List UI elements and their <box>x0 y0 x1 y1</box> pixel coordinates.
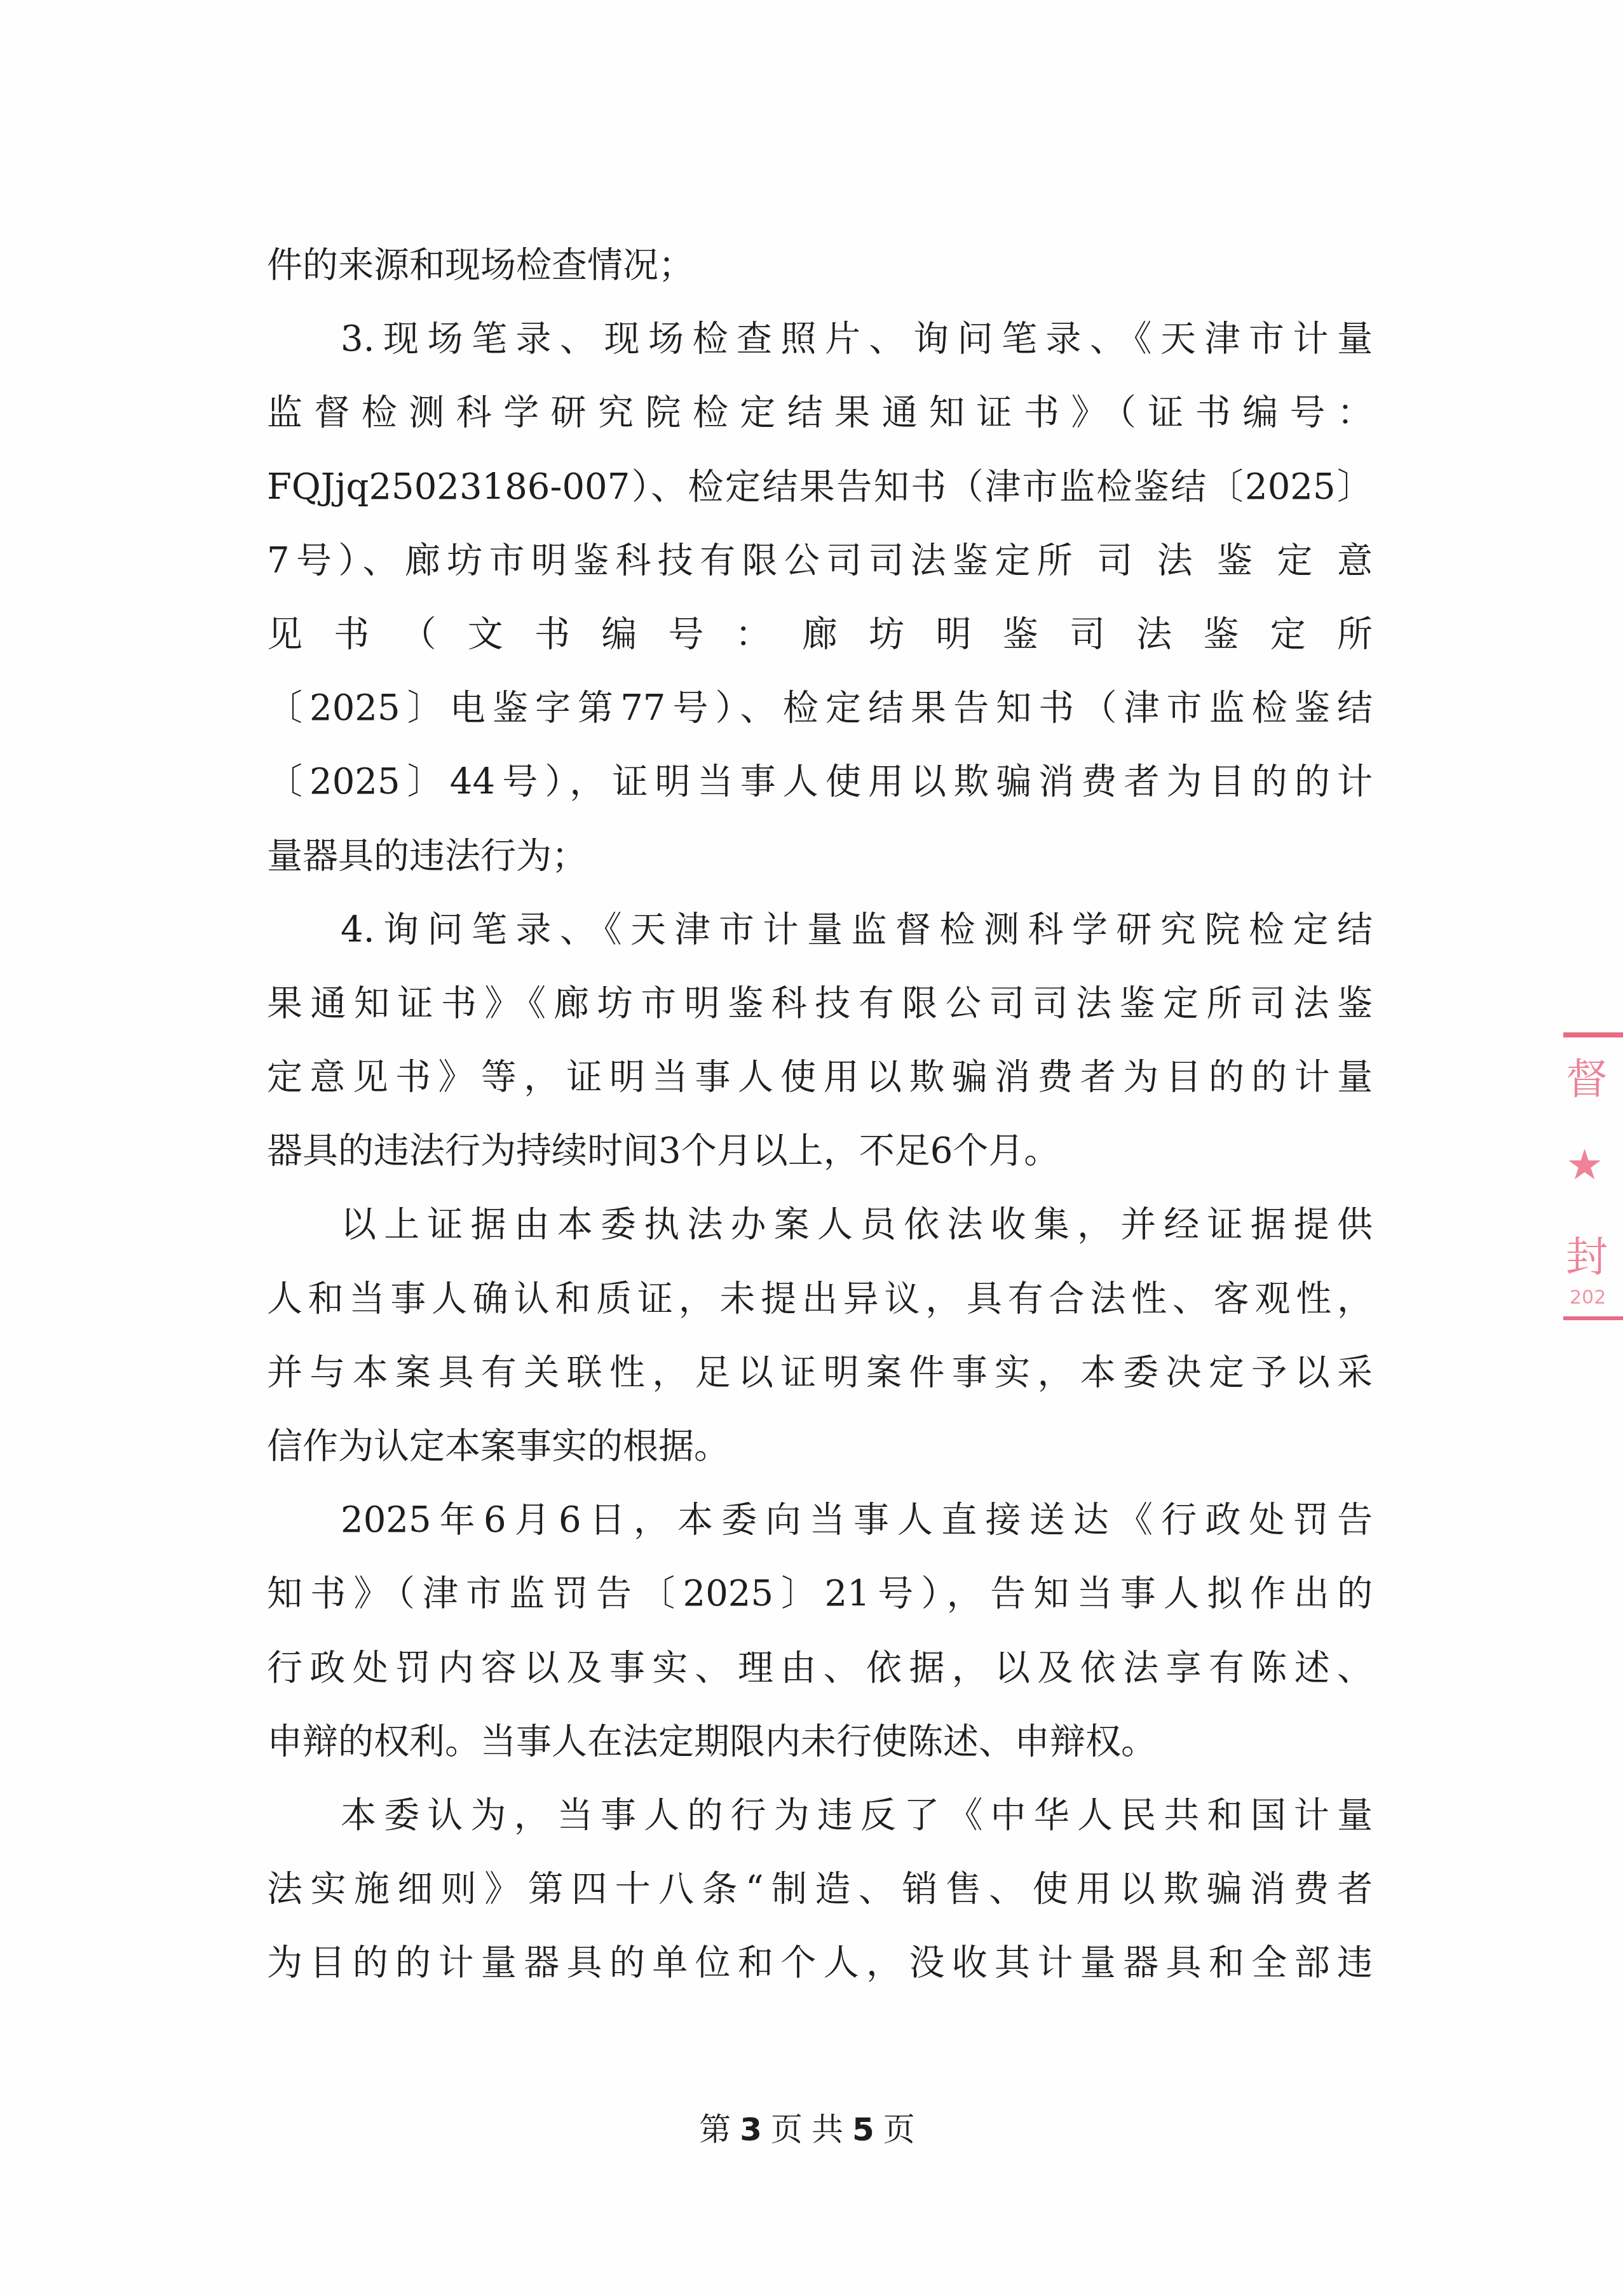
text-line: 并与本案具有关联性，足以证明案件事实，本委决定予以采 <box>267 1336 1373 1410</box>
page-suffix: 页 <box>883 2111 924 2148</box>
text-line: 〔2025〕44号），证明当事人使用以欺骗消费者为目的的计 <box>267 745 1373 819</box>
stamp-char: 督 <box>1566 1045 1608 1105</box>
text-line: 件的来源和现场检查情况； <box>267 229 1373 302</box>
text-line: 信作为认定本案事实的根据。 <box>267 1410 1373 1483</box>
total-pages: 5 <box>852 2111 883 2148</box>
page-middle: 页共 <box>771 2111 852 2148</box>
text-line: 果通知证书》《廊坊市明鉴科技有限公司司法鉴定所司法鉴 <box>267 967 1373 1041</box>
document-page: 件的来源和现场检查情况； 3.现场笔录、现场检查照片、询问笔录、《天津市计量 监… <box>0 0 1623 2296</box>
text-line: 行政处罚内容以及事实、理由、依据，以及依法享有陈述、 <box>267 1631 1373 1705</box>
stamp-char: 封 <box>1566 1223 1608 1283</box>
text-line: 监督检测科学研究院检定结果通知证书》（证书编号： <box>267 376 1373 450</box>
text-line: 以上证据由本委执法办案人员依法收集，并经证据提供 <box>267 1188 1373 1262</box>
text-line: 本委认为，当事人的行为违反了《中华人民共和国计量 <box>267 1779 1373 1853</box>
document-body: 件的来源和现场检查情况； 3.现场笔录、现场检查照片、询问笔录、《天津市计量 监… <box>267 229 1373 2001</box>
page-prefix: 第 <box>699 2111 740 2148</box>
text-line: 3.现场笔录、现场检查照片、询问笔录、《天津市计量 <box>267 302 1373 376</box>
stamp-border-bottom <box>1563 1316 1623 1320</box>
page-number: 第3页共5页 <box>0 2104 1623 2150</box>
text-line: 人和当事人确认和质证，未提出异议，具有合法性、客观性， <box>267 1262 1373 1336</box>
text-line: 知书》（津市监罚告〔2025〕21号），告知当事人拟作出的 <box>267 1557 1373 1631</box>
text-line: 为目的的计量器具的单位和个人，没收其计量器具和全部违 <box>267 1926 1373 2000</box>
star-icon: ★ <box>1566 1140 1603 1189</box>
text-line: 器具的违法行为持续时间3个月以上，不足6个月。 <box>267 1114 1373 1188</box>
seal-stamp-fragment: 督 ★ 封 202 <box>1551 1032 1623 1321</box>
stamp-digits: 202 <box>1570 1286 1606 1309</box>
text-line: 7号）、廊坊市明鉴科技有限公司司法鉴定所 司 法 鉴 定 意 <box>267 524 1373 598</box>
current-page: 3 <box>740 2111 771 2148</box>
text-line: 申辩的权利。当事人在法定期限内未行使陈述、申辩权。 <box>267 1705 1373 1779</box>
text-line: 4.询问笔录、《天津市计量监督检测科学研究院检定结 <box>267 893 1373 967</box>
text-line: 见 书 （ 文 书 编 号 ： 廊 坊 明 鉴 司 法 鉴 定 所 <box>267 598 1373 672</box>
stamp-border-top <box>1563 1032 1623 1037</box>
text-line: 〔2025〕电鉴字第77号）、检定结果告知书（津市监检鉴结 <box>267 672 1373 745</box>
text-line: 定意见书》等，证明当事人使用以欺骗消费者为目的的计量 <box>267 1041 1373 1114</box>
text-line: 量器具的违法行为； <box>267 820 1373 893</box>
text-line: 法实施细则》第四十八条“制造、销售、使用以欺骗消费者 <box>267 1853 1373 1926</box>
text-line: FQJjq25023186-007）、检定结果告知书（津市监检鉴结〔2025〕 <box>267 450 1373 524</box>
text-line: 2025年6月6日，本委向当事人直接送达《行政处罚告 <box>267 1483 1373 1557</box>
